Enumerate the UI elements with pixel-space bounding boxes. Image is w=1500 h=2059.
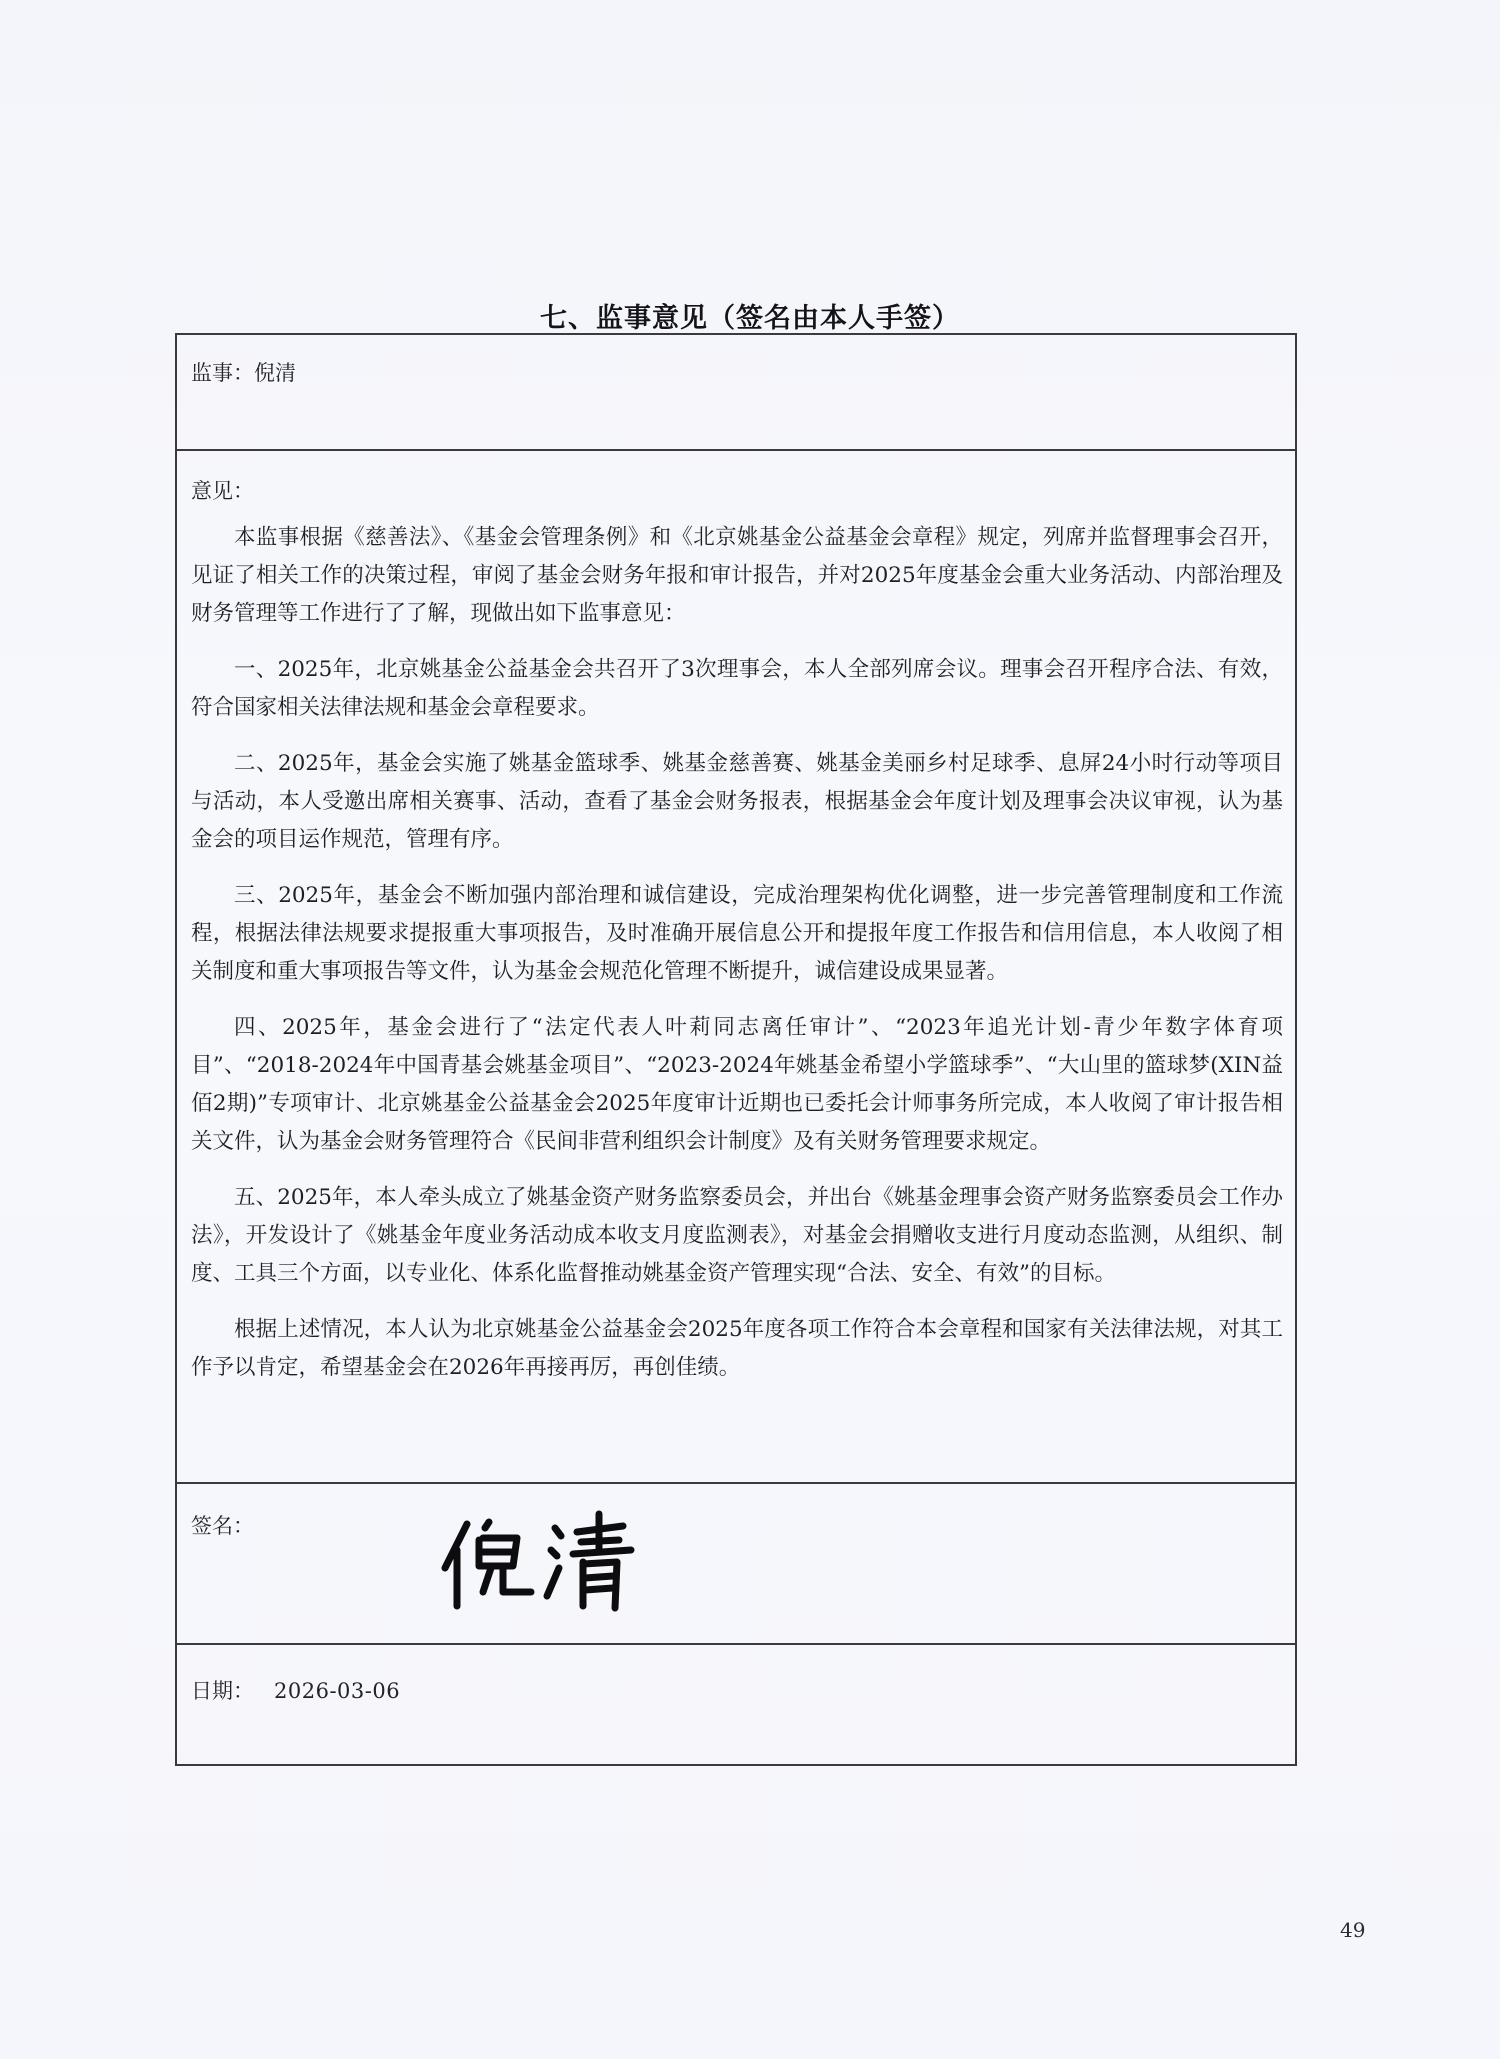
supervisor-label: 监事： xyxy=(191,361,254,385)
opinion-row: 意见： 本监事根据《慈善法》、《基金会管理条例》和《北京姚基金公益基金会章程》规… xyxy=(177,451,1295,1484)
supervisor-opinion-form: 监事：倪清 意见： 本监事根据《慈善法》、《基金会管理条例》和《北京姚基金公益基… xyxy=(175,333,1297,1766)
opinion-body: 本监事根据《慈善法》、《基金会管理条例》和《北京姚基金公益基金会章程》规定，列席… xyxy=(191,519,1283,1405)
supervisor-line: 监事：倪清 xyxy=(191,357,296,387)
supervisor-name: 倪清 xyxy=(254,361,296,385)
date-label: 日期： xyxy=(191,1679,254,1703)
supervisor-row: 监事：倪清 xyxy=(177,335,1295,451)
opinion-paragraph-4: 四、2025年，基金会进行了“法定代表人叶莉同志离任审计”、“2023年追光计划… xyxy=(191,1009,1283,1161)
opinion-paragraph-2: 二、2025年，基金会实施了姚基金篮球季、姚基金慈善赛、姚基金美丽乡村足球季、息… xyxy=(191,745,1283,859)
section-title: 七、监事意见（签名由本人手签） xyxy=(0,296,1500,335)
page-number: 49 xyxy=(1340,1918,1365,1942)
signature-label: 签名： xyxy=(191,1510,254,1540)
opinion-label: 意见： xyxy=(191,475,254,505)
signature-row: 签名： xyxy=(177,1484,1295,1645)
document-page: 七、监事意见（签名由本人手签） 监事：倪清 意见： 本监事根据《慈善法》、《基金… xyxy=(0,0,1500,2059)
opinion-paragraph-intro: 本监事根据《慈善法》、《基金会管理条例》和《北京姚基金公益基金会章程》规定，列席… xyxy=(191,519,1283,633)
date-value: 2026-03-06 xyxy=(274,1679,400,1703)
opinion-paragraph-5: 五、2025年，本人牵头成立了姚基金资产财务监察委员会，并出台《姚基金理事会资产… xyxy=(191,1179,1283,1293)
date-row: 日期：2026-03-06 xyxy=(177,1645,1295,1764)
opinion-paragraph-1: 一、2025年，北京姚基金公益基金会共召开了3次理事会，本人全部列席会议。理事会… xyxy=(191,651,1283,727)
opinion-paragraph-conclusion: 根据上述情况，本人认为北京姚基金公益基金会2025年度各项工作符合本会章程和国家… xyxy=(191,1311,1283,1387)
handwritten-signature-icon xyxy=(427,1506,667,1616)
opinion-paragraph-3: 三、2025年，基金会不断加强内部治理和诚信建设，完成治理架构优化调整，进一步完… xyxy=(191,877,1283,991)
date-line: 日期：2026-03-06 xyxy=(191,1675,400,1705)
